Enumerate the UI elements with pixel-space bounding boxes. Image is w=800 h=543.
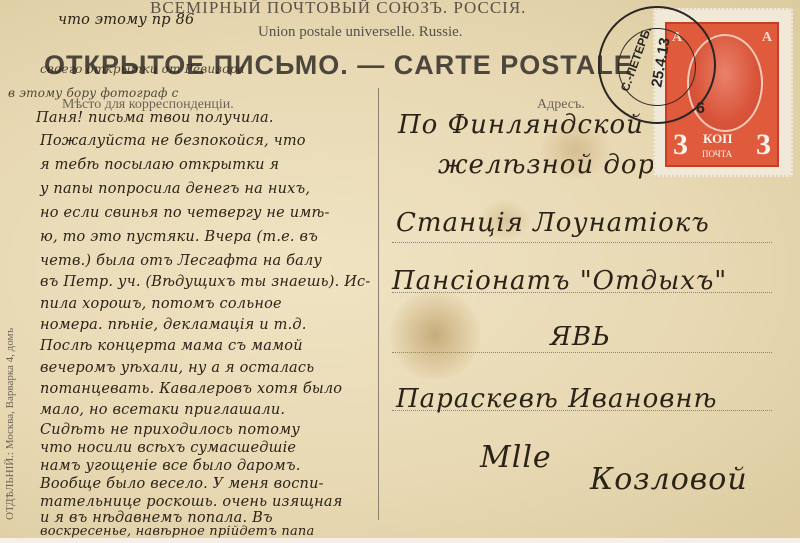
address-line [392, 352, 772, 353]
message-line: Сидѣть не приходилось потому [40, 422, 300, 438]
message-line: у папы попросила денегъ на нихъ, [40, 181, 310, 197]
message-line: вечеромъ уѣхали, ну а я осталась [40, 360, 314, 376]
union-header-fr: Union postale universelle. Russie. [258, 24, 463, 41]
message-line: воскресенье, навѣрное прійдетъ папа [40, 524, 314, 539]
message-line: Пожалуйста не безпокойся, что [40, 133, 306, 149]
message-line: в этому бору фотограф с [8, 86, 179, 100]
union-header-ru: ВСЕМІРНЫЙ ПОЧТОВЫЙ СОЮЗЪ. РОССІЯ. [150, 0, 526, 18]
message-line: потанцевать. Кавалеровъ хотя было [40, 381, 342, 397]
address-line-text: Пансіонатъ "Отдыхъ" [392, 266, 727, 296]
address-line [392, 242, 772, 243]
stamp-corner-letter: А [762, 30, 772, 46]
message-line: я тебѣ посылаю открытки я [40, 157, 279, 173]
message-line: Послѣ концерта мама съ мамой [40, 338, 303, 354]
message-line: Паня! письма твои получила. [36, 110, 274, 126]
address-line-text: ЯВЬ [550, 322, 611, 352]
message-line: что этому пр 86 [58, 12, 194, 28]
message-line: номера. пѣніе, декламація и т.д. [40, 317, 307, 333]
message-line: что носили всѣхъ сумасшедшіе [40, 440, 296, 456]
message-line: намъ угощеніе все было даромъ. [40, 458, 301, 474]
center-divider [378, 88, 379, 520]
stamp-value: 3 [673, 128, 688, 162]
publisher-imprint: ОТДѢЛЬНІЙ.: Москва, Варварка 4, домъ [4, 328, 16, 520]
message-line: ю, то это пустяки. Вчера (т.е. въ [40, 229, 318, 245]
message-line: своего открытки от Ревизора [40, 62, 245, 76]
message-line: но если свинья по четвергу не имѣ- [40, 205, 330, 221]
address-line-text: Станція Лоунатіокъ [396, 208, 710, 238]
address-line-text: Козловой [590, 462, 748, 497]
card-edge [0, 538, 800, 543]
stamp-currency: КОП [703, 131, 732, 147]
message-line: пила хорошъ, потомъ сольное [40, 296, 282, 312]
message-line: четв.) была отъ Лесгафта на балу [40, 253, 322, 269]
address-line-text: Параскевѣ Ивановнѣ [396, 384, 717, 414]
stamp-value: 3 [756, 128, 771, 162]
message-line: мало, но всетаки приглашали. [40, 402, 285, 418]
message-line: Вообще было весело. У меня воспи- [40, 476, 324, 492]
address-line-text: По Финляндской [398, 110, 644, 140]
address-line-text: Mlle [480, 440, 552, 475]
message-line: тательнице роскошь. очень изящная [40, 494, 343, 510]
stamp-label: ПОЧТА [702, 149, 732, 159]
postmark-number: 6 [696, 100, 705, 118]
postcard: ВСЕМІРНЫЙ ПОЧТОВЫЙ СОЮЗЪ. РОССІЯ. Union … [0, 0, 800, 543]
message-line: въ Петр. уч. (Вѣдущихъ ты знаешь). Ис- [40, 274, 370, 290]
stain [390, 290, 480, 380]
